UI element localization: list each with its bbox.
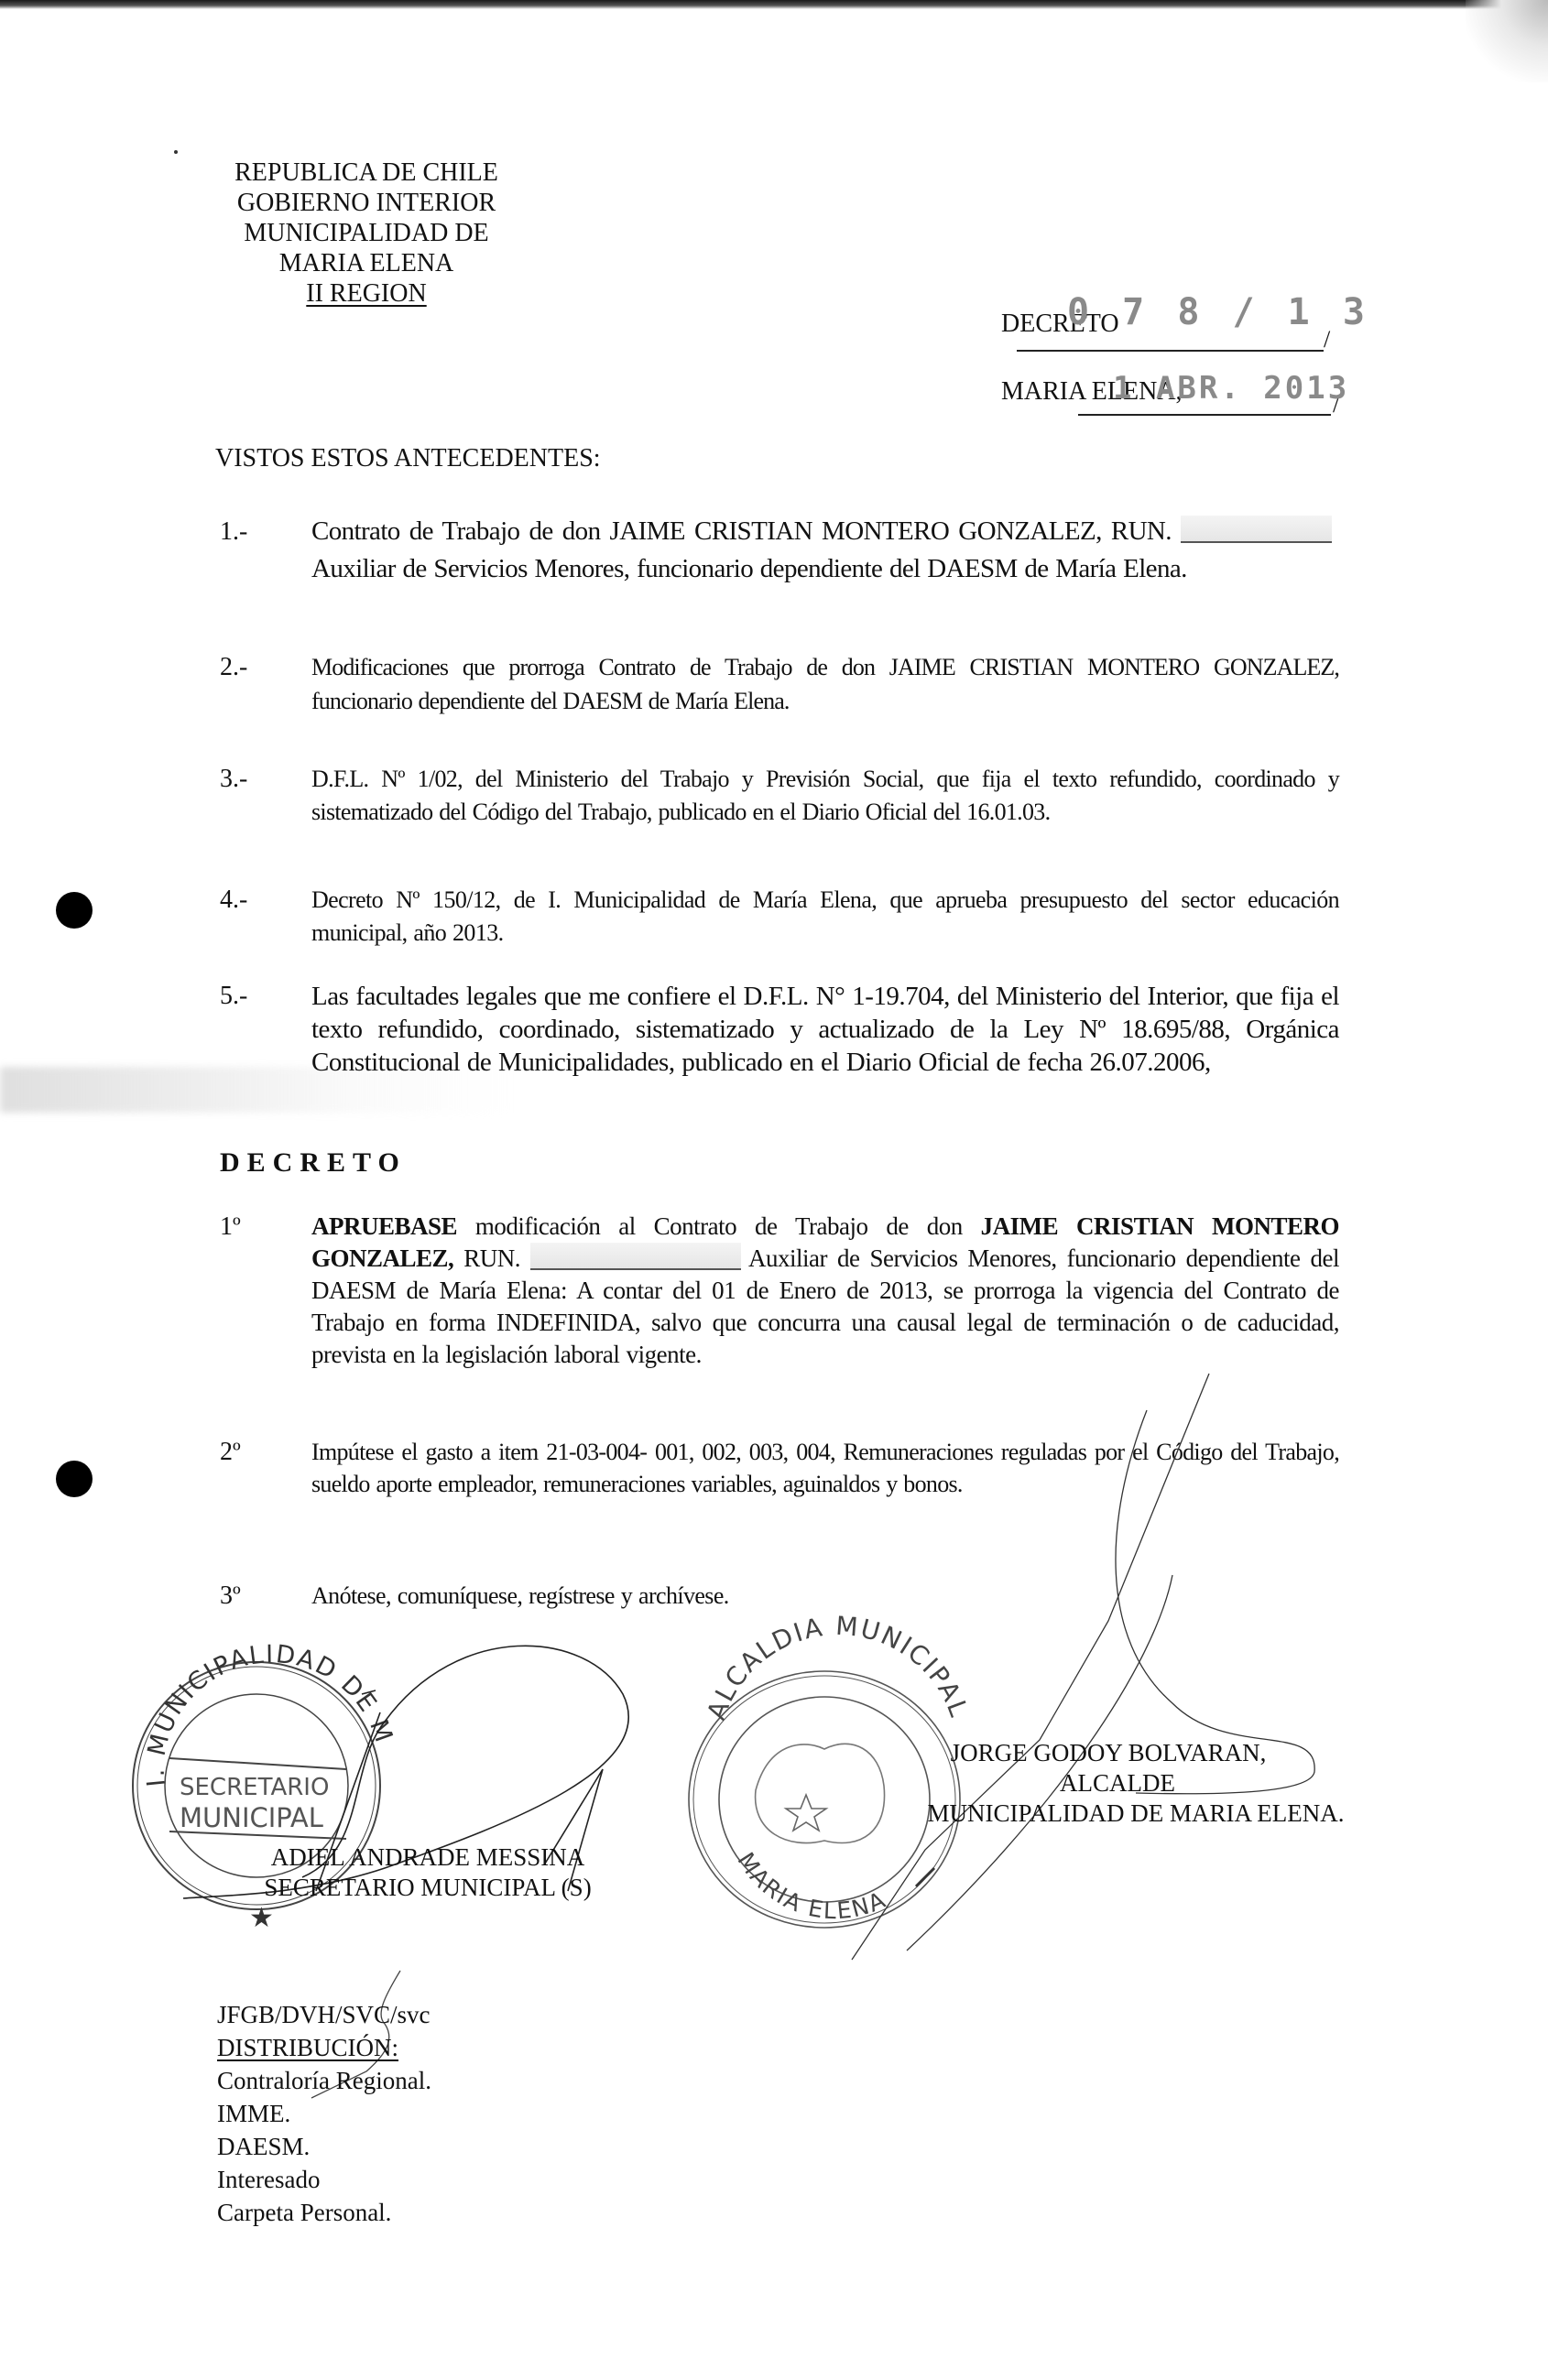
alcaldia-seal-top-text: ALCALDIA MUNICIPAL — [701, 1611, 975, 1724]
footer: JFGB/DVH/SVC/svc DISTRIBUCIÓN: Contralor… — [217, 1998, 431, 2229]
item-text: Las facultades legales que me confiere e… — [311, 980, 1339, 1079]
article-number: 1º — [220, 1211, 241, 1243]
letterhead-line: GOBIERNO INTERIOR — [174, 188, 559, 218]
item-text-part: Contrato de Trabajo de don JAIME CRISTIA… — [311, 516, 1172, 546]
secretary-seal-inner-line-1: SECRETARIO — [180, 1774, 329, 1801]
item-text: D.F.L. Nº 1/02, del Ministerio del Traba… — [311, 763, 1339, 829]
article-2: 2º Impútese el gasto a item 21-03-004- 0… — [220, 1436, 1339, 1500]
punch-hole-icon — [56, 892, 93, 929]
letterhead-line: MARIA ELENA — [174, 248, 559, 278]
distribution-item: IMME. — [217, 2097, 431, 2130]
punch-hole-icon — [56, 1461, 93, 1497]
vistos-heading: VISTOS ESTOS ANTECEDENTES: — [215, 444, 601, 473]
article-text: Anótese, comuníquese, regístrese y archí… — [311, 1580, 1339, 1612]
article-number: 2º — [220, 1436, 241, 1468]
item-text-part: Auxiliar de Servicios Menores, funcionar… — [311, 554, 1187, 583]
letterhead-line: REPUBLICA DE CHILE — [174, 158, 559, 188]
scan-speck — [174, 150, 178, 154]
item-number: 2.- — [220, 650, 247, 684]
article-text-part: modificación al Contrato de Trabajo de d… — [457, 1212, 981, 1240]
alcaldia-seal-bottom-text: MARIA ELENA — [732, 1848, 890, 1924]
date-underline — [1078, 414, 1331, 416]
secretary-title: SECRETARIO MUNICIPAL (S) — [258, 1873, 597, 1903]
decreto-number-stamp: 0 7 8 / 1 3 — [1067, 291, 1370, 333]
visto-item-3: 3.- D.F.L. Nº 1/02, del Ministerio del T… — [220, 763, 1339, 829]
date-stamp: 1 ABR. 2013 — [1113, 370, 1349, 407]
star-icon: ★ — [249, 1903, 274, 1933]
distribution-item: DAESM. — [217, 2130, 431, 2163]
redacted-run — [1181, 516, 1332, 543]
article-3: 3º Anótese, comuníquese, regístrese y ar… — [220, 1580, 1339, 1612]
item-number: 1.- — [220, 513, 247, 550]
visto-item-1: 1.- Contrato de Trabajo de don JAIME CRI… — [220, 513, 1339, 588]
item-number: 5.- — [220, 980, 247, 1013]
visto-item-5: 5.- Las facultades legales que me confie… — [220, 980, 1339, 1079]
distribution-item: Interesado — [217, 2163, 431, 2196]
item-text: Decreto Nº 150/12, de I. Municipalidad d… — [311, 884, 1339, 950]
scan-border-top — [0, 0, 1548, 9]
decreto-heading: DECRETO — [220, 1147, 407, 1179]
secretary-signature-block: ADIEL ANDRADE MESSINA SECRETARIO MUNICIP… — [258, 1842, 597, 1903]
mayor-signature-block: JORGE GODOY BOLVARAN, ALCALDE MUNICIPALI… — [888, 1738, 1346, 1829]
decreto-underline — [1017, 350, 1324, 352]
article-text: Impútese el gasto a item 21-03-004- 001,… — [311, 1436, 1339, 1500]
distribution-item: Carpeta Personal. — [217, 2196, 431, 2229]
item-number: 4.- — [220, 884, 247, 917]
visto-item-2: 2.- Modificaciones que prorroga Contrato… — [220, 650, 1339, 718]
item-text: Contrato de Trabajo de don JAIME CRISTIA… — [311, 513, 1339, 588]
mayor-org: MUNICIPALIDAD DE MARIA ELENA. — [925, 1799, 1346, 1829]
item-number: 3.- — [220, 763, 247, 796]
item-text: Modificaciones que prorroga Contrato de … — [311, 650, 1339, 718]
article-text: APRUEBASE modificación al Contrato de Tr… — [311, 1211, 1339, 1371]
letterhead-line: MUNICIPALIDAD DE — [174, 218, 559, 248]
scan-shadow-corner — [1466, 0, 1548, 82]
mayor-title: ALCALDE — [888, 1768, 1346, 1799]
article-lead: APRUEBASE — [311, 1212, 457, 1240]
mayor-name: JORGE GODOY BOLVARAN, — [870, 1738, 1346, 1768]
article-1: 1º APRUEBASE modificación al Contrato de… — [220, 1211, 1339, 1371]
letterhead: REPUBLICA DE CHILE GOBIERNO INTERIOR MUN… — [174, 158, 559, 309]
article-number: 3º — [220, 1580, 241, 1612]
visto-item-4: 4.- Decreto Nº 150/12, de I. Municipalid… — [220, 884, 1339, 950]
secretary-name: ADIEL ANDRADE MESSINA — [258, 1842, 597, 1873]
letterhead-region: II REGION — [174, 278, 559, 309]
distribution-item: Contraloría Regional. — [217, 2064, 431, 2097]
redacted-run — [530, 1243, 741, 1270]
distribution-heading: DISTRIBUCIÓN: — [217, 2031, 431, 2064]
initials: JFGB/DVH/SVC/svc — [217, 1998, 431, 2031]
secretary-seal-inner-line-2: MUNICIPAL — [180, 1802, 323, 1833]
run-label: RUN. — [453, 1244, 530, 1272]
